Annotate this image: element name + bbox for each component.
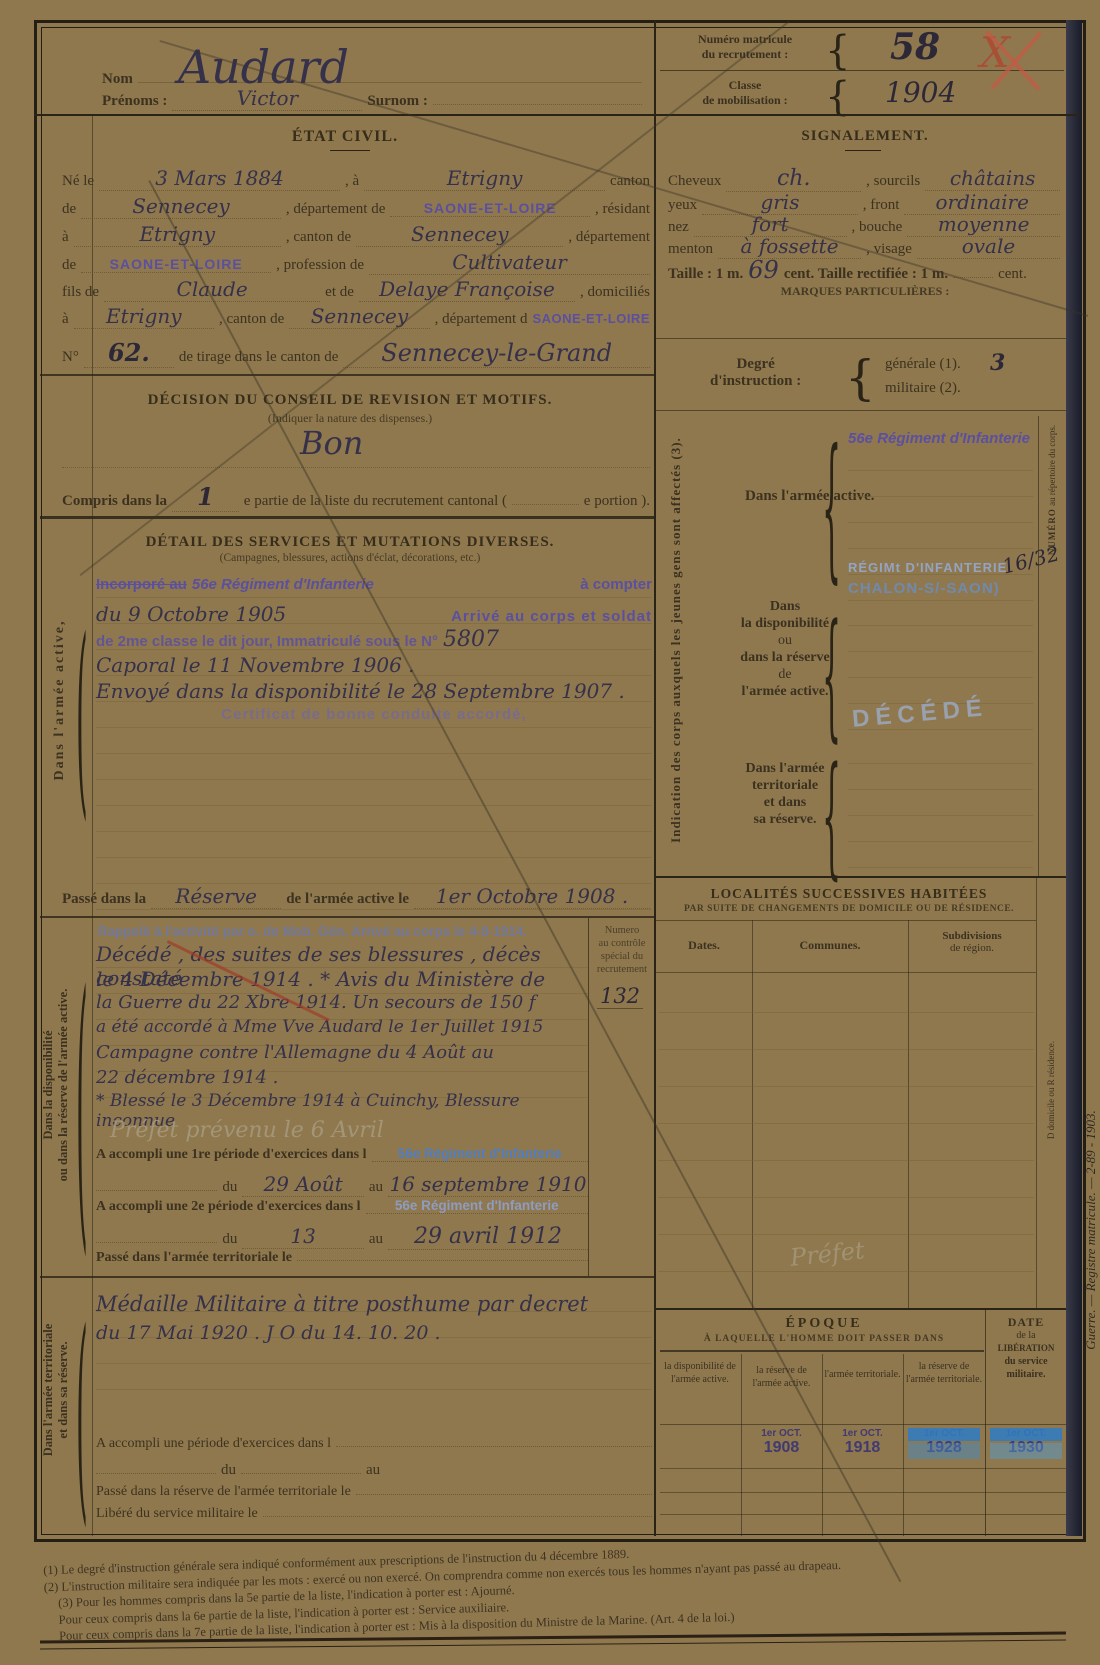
- epoque-date-header: DATE de la LIBÉRATION du service militai…: [986, 1316, 1066, 1381]
- corps-terr-brace: {: [822, 742, 841, 896]
- deces-line-4: a été accordé à Mme Vve Audard le 1er Ju…: [96, 1017, 588, 1042]
- ec-line-4: de SAONE-ET-LOIRE , profession de Cultiv…: [62, 250, 650, 275]
- binding-band: [1066, 20, 1082, 1536]
- mother-name-value: Delaye Françoise: [359, 277, 575, 302]
- cheveux-value: ch.: [726, 166, 861, 192]
- controle-label-4: recrutement: [589, 963, 655, 976]
- date-h5: militaire.: [986, 1368, 1066, 1381]
- tirage-canton-value: Sennecey-le-Grand: [343, 339, 650, 368]
- matricule-box: Numéro matricule du recrutement : { 58 X…: [660, 26, 1064, 114]
- degre-label-2: d'instruction :: [710, 373, 801, 390]
- matricule-brace: {: [825, 28, 850, 74]
- surnom-label: Surnom :: [367, 93, 427, 110]
- passe-reserve-terr-row: Passé dans la réserve de l'armée territo…: [96, 1484, 652, 1500]
- decision-value: Bon: [300, 424, 363, 462]
- ec-line-3: à Etrigny , canton de Sennecey , départe…: [62, 222, 650, 247]
- margin-active-brace: (: [76, 600, 88, 845]
- a-label3: à: [62, 311, 69, 328]
- armee-active-le-label: de l'armée active le: [286, 891, 409, 908]
- rappele-stamp: Rappelé à l'activité par o. de Mob. Gén.…: [98, 924, 588, 939]
- ec-line-7: N° 62. de tirage dans le canton de Senne…: [62, 338, 650, 368]
- periode1-du-label: du: [222, 1179, 237, 1196]
- a-compter-stamp: à compter: [580, 576, 652, 593]
- dispo-block: Décédé , des suites de ses blessures , d…: [96, 942, 588, 1120]
- numero-label: N°: [62, 349, 79, 366]
- prenoms-row: Prénoms : Victor Surnom :: [102, 86, 642, 111]
- epoque-value-3: 1er OCT. 1918: [823, 1428, 902, 1457]
- epoque-subtitle: À LAQUELLE L'HOMME DOIT PASSER DANS: [664, 1334, 984, 1344]
- localites-side-2: R résidence.: [1046, 1041, 1056, 1085]
- canton-de-label2: , canton de: [219, 311, 284, 328]
- periode-terr-du: du: [221, 1462, 236, 1479]
- dispo-regiment-stamp-2: CHALON-S/-SAON): [848, 580, 1000, 597]
- active-army-block: Incorporé au 56e Régiment d'Infanterie à…: [96, 572, 652, 912]
- decision-title: DÉCISION DU CONSEIL DE REVISION ET MOTIF…: [70, 392, 630, 409]
- numero-repertoire-label: NUMÉRO au répertoire du corps.: [1047, 425, 1057, 555]
- compris-row: Compris dans la 1 e partie de la liste d…: [62, 482, 650, 512]
- matricule-value: 58: [890, 26, 940, 68]
- militaire-label: militaire (2).: [885, 380, 961, 397]
- localites-side-1: D domicile ou: [1046, 1088, 1056, 1140]
- blue-marker-col4: [908, 1428, 980, 1441]
- passe-reserve-row: Passé dans la Réserve de l'armée active …: [62, 884, 650, 909]
- periode1-du-value: 29 Août: [242, 1172, 363, 1197]
- ec-line-5: fils de Claude et de Delaye Françoise , …: [62, 277, 650, 302]
- localites-col-communes: Communes.: [752, 938, 908, 953]
- a-label: , à: [345, 173, 359, 190]
- localites-col-subdivisions: Subdivisions de région.: [908, 930, 1036, 954]
- ep-v3-top: 1er OCT.: [823, 1428, 902, 1439]
- margin-dispo-label: Dans la disponibilité ou dans la réserve…: [41, 989, 71, 1182]
- blesse-line: * Blessé le 3 Décembre 1914 à Cuinchy, B…: [96, 1091, 588, 1116]
- incorporation-date-hw: du 9 Octobre 1905: [96, 602, 286, 626]
- passe-territoriale-label: Passé dans l'armée territoriale le: [96, 1250, 292, 1266]
- arrive-au-corps-stamp: Arrivé au corps et soldat: [451, 608, 652, 625]
- localites-side-label: D domicile ou R résidence.: [1046, 1041, 1056, 1139]
- matricule-label-1: Numéro matricule: [670, 32, 820, 47]
- controle-label-2: au contrôle: [589, 937, 655, 950]
- periode2-au-value: 29 avril 1912: [388, 1224, 588, 1250]
- parents-departement-stamp: SAONE-ET-LOIRE: [532, 311, 650, 326]
- periode2-label: A accompli une 2e période d'exercices da…: [96, 1199, 361, 1215]
- passe-reserve-terr-label: Passé dans la réserve de l'armée territo…: [96, 1484, 351, 1500]
- incorpore-stamp: Incorporé au: [96, 576, 187, 593]
- departement-d-label: , département d: [435, 311, 528, 328]
- profession-label: , profession de: [276, 257, 364, 274]
- portion-blank: [512, 504, 579, 505]
- sourcils-label: , sourcils: [866, 173, 920, 190]
- fils-de-label: fils de: [62, 284, 99, 301]
- dispo-regiment-stamp-1: RÉGIMt D'INFANTERIE: [848, 560, 1007, 575]
- localites-col-dates: Dates.: [656, 938, 752, 953]
- corps-active-brace: {: [822, 420, 841, 602]
- ep-v2-top: 1er OCT.: [742, 1428, 821, 1439]
- prenoms-value: Victor: [172, 86, 362, 111]
- classe-label-1: Classe: [670, 78, 820, 93]
- compris-label: Compris dans la: [62, 493, 167, 510]
- profession-value: Cultivateur: [369, 250, 650, 275]
- sourcils-value: châtains: [925, 166, 1060, 191]
- compris-value: 1: [172, 482, 239, 512]
- ne-le-label: Né le: [62, 173, 94, 190]
- cent-label: cent.: [998, 266, 1027, 283]
- footnotes: (1) Le degré d'instruction générale sera…: [43, 1534, 1065, 1645]
- date-h3: LIBÉRATION: [986, 1342, 1066, 1355]
- prenoms-label: Prénoms :: [102, 93, 167, 110]
- margin-terr-brace: (: [76, 1290, 88, 1553]
- header-underline-left: [34, 114, 656, 116]
- margin-terr-2: et dans sa réserve.: [56, 1324, 71, 1457]
- parents-residence-value: Etrigny: [74, 304, 214, 329]
- de-label: de: [62, 201, 76, 218]
- blue-marker-date-year: [990, 1443, 1062, 1459]
- margin-right-imprint: Guerre. — Registre matricule. — 2-89 - 1…: [1083, 1110, 1099, 1350]
- periode2-dates-row: du 13 au 29 avril 1912: [96, 1224, 588, 1250]
- generale-value: 3: [990, 350, 1005, 376]
- caporal-hw: Caporal le 11 Novembre 1906 .: [96, 653, 415, 677]
- deces-line-2: le 4 Décembre 1914 . * Avis du Ministère…: [96, 967, 588, 992]
- blue-marker-col4-year: [908, 1443, 980, 1459]
- periode2-row: A accompli une 2e période d'exercices da…: [96, 1198, 588, 1215]
- periode-terr-au: au: [366, 1462, 380, 1479]
- controle-box: Numero au contrôle spécial du recrutemen…: [588, 918, 655, 1276]
- ec-line-6: à Etrigny , canton de Sennecey , départe…: [62, 304, 650, 329]
- certificat-stamp: Certificat de bonne conduite accordé,: [221, 706, 526, 723]
- numero-strip-line: [1038, 416, 1039, 876]
- periode1-au-value: 16 septembre 1910: [388, 1172, 588, 1197]
- date-h4: du service: [986, 1355, 1066, 1368]
- gutter-line: [92, 116, 93, 1536]
- periode1-au-label: au: [369, 1179, 383, 1196]
- sig-row-5: Taille : 1 m. 69 cent. Taille rectifiée …: [668, 256, 1060, 284]
- services-title: DÉTAIL DES SERVICES ET MUTATIONS DIVERSE…: [70, 534, 630, 551]
- periode-terr-label: A accompli une période d'exercices dans …: [96, 1436, 331, 1452]
- deces-line-1: Décédé , des suites de ses blessures , d…: [96, 942, 588, 967]
- residence-canton-value: Sennecey: [356, 222, 563, 247]
- disponibilite-hw: Envoyé dans la disponibilité le 28 Septe…: [96, 679, 625, 703]
- epoque-col-4: la réserve de l'armée territoriale.: [904, 1360, 984, 1386]
- ep-v2-year: 1908: [742, 1439, 821, 1457]
- corps-dispo-brace: {: [822, 598, 841, 759]
- compris-label3: e portion ).: [584, 493, 650, 510]
- ec-line-1: Né le 3 Mars 1884 , à Etrigny canton: [62, 166, 650, 191]
- passe-dans-la-label: Passé dans la: [62, 891, 146, 908]
- date-h1: DATE: [986, 1316, 1066, 1329]
- surnom-value-blank: [433, 104, 642, 105]
- libere-row: Libéré du service militaire le: [96, 1506, 652, 1522]
- domicilies-label: , domiciliés: [580, 284, 650, 301]
- degre-brace: {: [845, 350, 876, 406]
- birth-place-value: Etrigny: [364, 166, 605, 191]
- taille-value: 69: [748, 256, 779, 284]
- controle-value: 132: [597, 984, 643, 1009]
- campagne-line-2: 22 décembre 1914 .: [96, 1067, 588, 1091]
- generale-label: générale (1).: [885, 356, 961, 373]
- marques-label: MARQUES PARTICULIÈRES :: [700, 284, 1030, 299]
- campagne-line-1: Campagne contre l'Allemagne du 4 Août au: [96, 1042, 588, 1067]
- periode-terr-row: A accompli une période d'exercices dans …: [96, 1436, 652, 1452]
- pencil-prefet-line: Préfet prévenu le 6 Avril: [110, 1118, 384, 1143]
- epoque-col-2: la réserve de l'armée active.: [742, 1364, 821, 1390]
- libere-label: Libéré du service militaire le: [96, 1506, 258, 1522]
- periode1-row: A accompli une 1re période d'exercices d…: [96, 1146, 588, 1163]
- localites-title: LOCALITÉS SUCCESSIVES HABITÉES: [664, 886, 1034, 902]
- sig-row-1: Cheveux ch. , sourcils châtains: [668, 166, 1060, 192]
- margin-terr-1: Dans l'armée territoriale: [41, 1324, 56, 1457]
- controle-label-1: Numero: [589, 924, 655, 937]
- canton-de-label: , canton de: [286, 229, 351, 246]
- margin-dispo-2: ou dans la réserve de l'armée active.: [56, 989, 71, 1182]
- cheveux-label: Cheveux: [668, 173, 721, 190]
- birth-canton-value: Sennecey: [81, 194, 281, 219]
- matricule-corps-number-hw: 5807: [443, 627, 499, 652]
- residence-departement-stamp: SAONE-ET-LOIRE: [81, 256, 271, 273]
- subdiv-1: Subdivisions: [908, 930, 1036, 942]
- numero-repertoire-2: au répertoire du corps.: [1047, 425, 1057, 506]
- margin-dispo-1: Dans la disponibilité: [41, 989, 56, 1182]
- epoque-col-3: l'armée territoriale.: [823, 1368, 902, 1381]
- epoque-value-2: 1er OCT. 1908: [742, 1428, 821, 1457]
- epoque-title: ÉPOQUE: [664, 1316, 984, 1332]
- birth-date-value: 3 Mars 1884: [99, 166, 340, 191]
- localites-subtitle: PAR SUITE DE CHANGEMENTS DE DOMICILE OU …: [664, 904, 1034, 914]
- departement-label: , département: [568, 229, 650, 246]
- margin-dispo-brace: (: [76, 940, 88, 1290]
- residant-label: , résidant: [595, 201, 650, 218]
- periode2-au-label: au: [369, 1231, 383, 1248]
- de-label2: de: [62, 257, 76, 274]
- passe-territoriale-row: Passé dans l'armée territoriale le: [96, 1250, 588, 1266]
- degre-instruction-box: Degré d'instruction : { générale (1). 3 …: [660, 350, 1064, 406]
- regiment-stamp-1: 56e Régiment d'Infanterie: [192, 576, 374, 593]
- periode2-du-label: du: [222, 1231, 237, 1248]
- tirage-label: de tirage dans le canton de: [179, 349, 339, 366]
- classe-value: 1904: [885, 76, 956, 109]
- taille-rectifiee-label: cent. Taille rectifiée : 1 m.: [784, 266, 948, 283]
- epoque-col-1: la disponibilité de l'armée active.: [660, 1360, 740, 1386]
- blue-marker-date: [990, 1428, 1062, 1441]
- periode2-regiment-stamp: 56e Régiment d'Infanterie: [366, 1198, 588, 1214]
- medaille-line-1: Médaille Militaire à titre posthume par …: [96, 1286, 652, 1322]
- periode2-du-value: 13: [242, 1224, 363, 1249]
- et-de-label: et de: [325, 284, 354, 301]
- territorial-block: Médaille Militaire à titre posthume par …: [96, 1286, 652, 1406]
- tirage-number-value: 62.: [84, 338, 174, 368]
- controle-label-3: spécial du: [589, 950, 655, 963]
- departement-de-label: , département de: [286, 201, 386, 218]
- periode1-label: A accompli une 1re période d'exercices d…: [96, 1147, 367, 1163]
- periode-terr-dates-row: du au: [96, 1462, 516, 1479]
- date-h2: de la: [986, 1329, 1066, 1342]
- periode1-regiment-stamp: 56e Régiment d'Infanterie: [372, 1146, 588, 1162]
- military-register-sheet: Nom Audard Prénoms : Victor Surnom : Num…: [0, 0, 1100, 1665]
- taille-label: Taille : 1 m.: [668, 266, 743, 283]
- departement-stamp: SAONE-ET-LOIRE: [390, 200, 590, 217]
- margin-active-label: Dans l'armée active,: [52, 620, 68, 781]
- degre-label-1: Degré: [710, 356, 801, 373]
- periode1-dates-row: du 29 Août au 16 septembre 1910: [96, 1172, 588, 1197]
- immatricule-stamp: de 2me classe le dit jour, Immatriculé s…: [96, 633, 438, 650]
- ep-v3-year: 1918: [823, 1439, 902, 1457]
- corps-side-label: Indication des corps auxquels les jeunes…: [668, 437, 684, 843]
- deces-line-3: la Guerre du 22 Xbre 1914. Un secours de…: [96, 992, 588, 1017]
- signalement-title: SIGNALEMENT.: [700, 128, 1030, 145]
- medaille-line-2: du 17 Mai 1920 . J O du 14. 10. 20 .: [96, 1322, 652, 1348]
- reserve-value: Réserve: [151, 884, 281, 909]
- subdiv-2: de région.: [908, 942, 1036, 954]
- name-row: Nom Audard: [102, 52, 642, 88]
- compris-label2: e partie de la liste du recrutement cant…: [244, 493, 507, 510]
- a-label2: à: [62, 229, 69, 246]
- margin-terr-label: Dans l'armée territoriale et dans sa rés…: [41, 1324, 71, 1457]
